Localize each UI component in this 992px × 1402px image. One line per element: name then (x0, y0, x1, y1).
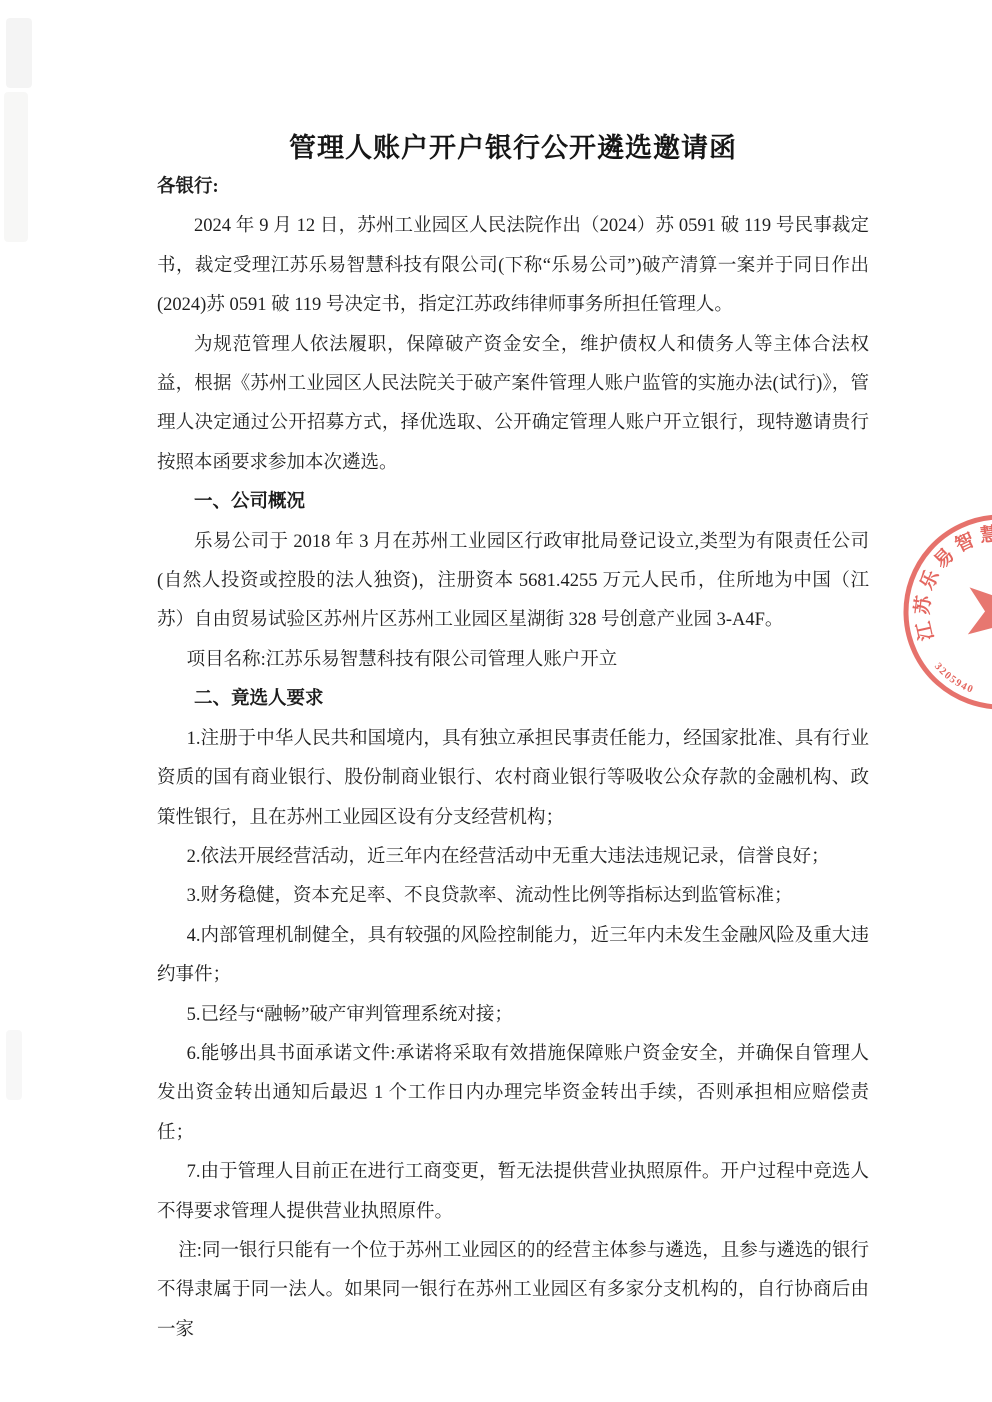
scan-smudge (6, 1030, 22, 1100)
scan-smudge (6, 18, 32, 88)
seal-star-icon (954, 561, 992, 655)
document-body: 各银行: 2024 年 9 月 12 日，苏州工业园区人民法院作出（2024）苏… (157, 168, 869, 1350)
document-content: 管理人账户开户银行公开遴选邀请函 各银行: 2024 年 9 月 12 日，苏州… (157, 128, 869, 1350)
scan-smudge (4, 92, 28, 242)
section-heading-bidder-requirements: 二、竟选人要求 (157, 680, 869, 719)
paragraph-court-ruling: 2024 年 9 月 12 日，苏州工业园区人民法院作出（2024）苏 0591… (157, 207, 869, 325)
paragraph-project-name: 项目名称:江苏乐易智慧科技有限公司管理人账户开立 (157, 641, 869, 680)
requirement-item-4: 4.内部管理机制健全，具有较强的风险控制能力，近三年内未发生金融风险及重大违约事… (157, 917, 869, 996)
svg-text:3205940: 3205940 (932, 661, 976, 696)
salutation: 各银行: (157, 168, 869, 207)
requirement-item-5: 5.已经与“融畅”破产审判管理系统对接； (157, 996, 869, 1035)
company-seal-stamp: 江苏乐易智慧 3205940 (896, 505, 992, 719)
requirement-item-1: 1.注册于中华人民共和国境内，具有独立承担民事责任能力，经国家批准、具有行业资质… (157, 720, 869, 838)
section-heading-company-overview: 一、公司概况 (157, 483, 869, 522)
note-paragraph: 注:同一银行只能有一个位于苏州工业园区的的经营主体参与遴选，且参与遴选的银行不得… (157, 1232, 869, 1350)
paragraph-company-overview: 乐易公司于 2018 年 3 月在苏州工业园区行政审批局登记设立,类型为有限责任… (157, 523, 869, 641)
requirement-item-2: 2.依法开展经营活动，近三年内在经营活动中无重大违法违规记录，信誉良好； (157, 838, 869, 877)
document-title: 管理人账户开户银行公开遴选邀请函 (157, 128, 869, 168)
document-page: 管理人账户开户银行公开遴选邀请函 各银行: 2024 年 9 月 12 日，苏州… (0, 0, 992, 1402)
paragraph-selection-purpose: 为规范管理人依法履职，保障破产资金安全，维护债权人和债务人等主体合法权益，根据《… (157, 326, 869, 484)
requirement-item-7: 7.由于管理人目前正在进行工商变更，暂无法提供营业执照原件。开户过程中竞选人不得… (157, 1153, 869, 1232)
seal-registration-code: 3205940 (932, 661, 976, 696)
requirement-item-3: 3.财务稳健，资本充足率、不良贷款率、流动性比例等指标达到监管标准； (157, 877, 869, 916)
requirement-item-6: 6.能够出具书面承诺文件:承诺将采取有效措施保障账户资金安全，并确保自管理人发出… (157, 1035, 869, 1153)
